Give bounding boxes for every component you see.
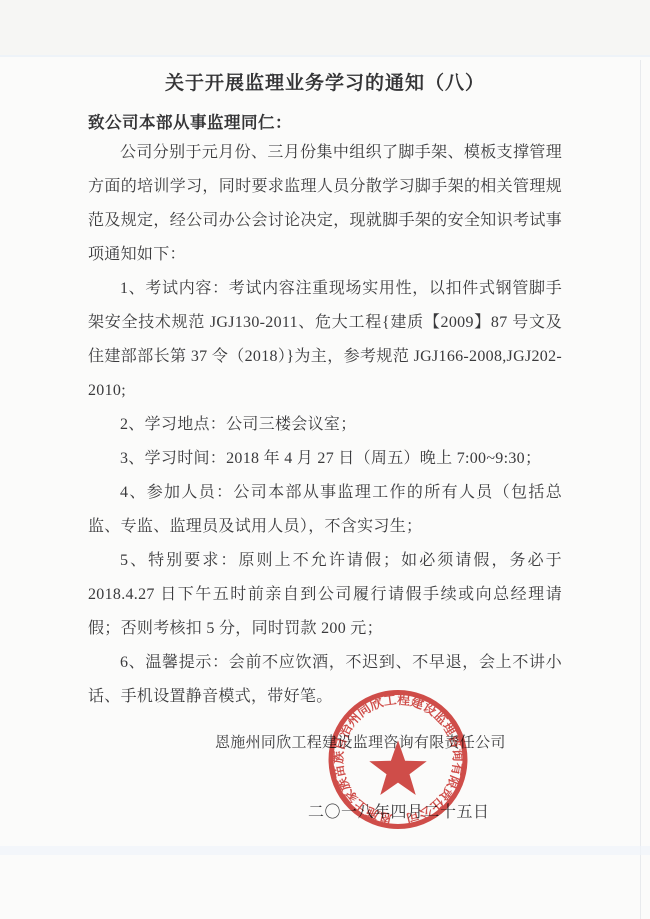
notice-item-2-location: 2、学习地点：公司三楼会议室； bbox=[88, 408, 562, 442]
notice-item-5-special-requirements: 5、特别要求：原则上不允许请假；如必须请假，务必于 2018.4.27 日下午五… bbox=[88, 544, 562, 646]
notice-intro-paragraph: 公司分别于元月份、三月份集中组织了脚手架、模板支撑管理方面的培训学习，同时要求监… bbox=[88, 136, 562, 272]
company-seal-stamp: 恩施土家族苗族自治州同欣工程建设监理咨询有限责任公司 bbox=[325, 686, 471, 833]
notice-item-4-participants: 4、参加人员：公司本部从事监理工作的所有人员（包括总监、专监、监理员及试用人员）… bbox=[88, 476, 562, 544]
red-star-icon bbox=[369, 740, 426, 795]
notice-item-3-time: 3、学习时间：2018 年 4 月 27 日（周五）晚上 7:00~9:30； bbox=[88, 442, 562, 476]
scan-artifact-right-edge bbox=[640, 60, 641, 919]
scan-artifact-bottom-band bbox=[0, 846, 650, 855]
notice-item-1-exam-content: 1、考试内容：考试内容注重现场实用性，以扣件式钢管脚手架安全技术规范 JGJ13… bbox=[88, 272, 562, 408]
scanned-notice-page: 关于开展监理业务学习的通知（八） 致公司本部从事监理同仁： 公司分别于元月份、三… bbox=[0, 0, 650, 919]
notice-salutation: 致公司本部从事监理同仁： bbox=[88, 110, 562, 136]
notice-body: 关于开展监理业务学习的通知（八） 致公司本部从事监理同仁： 公司分别于元月份、三… bbox=[88, 0, 562, 714]
notice-title: 关于开展监理业务学习的通知（八） bbox=[88, 70, 562, 97]
